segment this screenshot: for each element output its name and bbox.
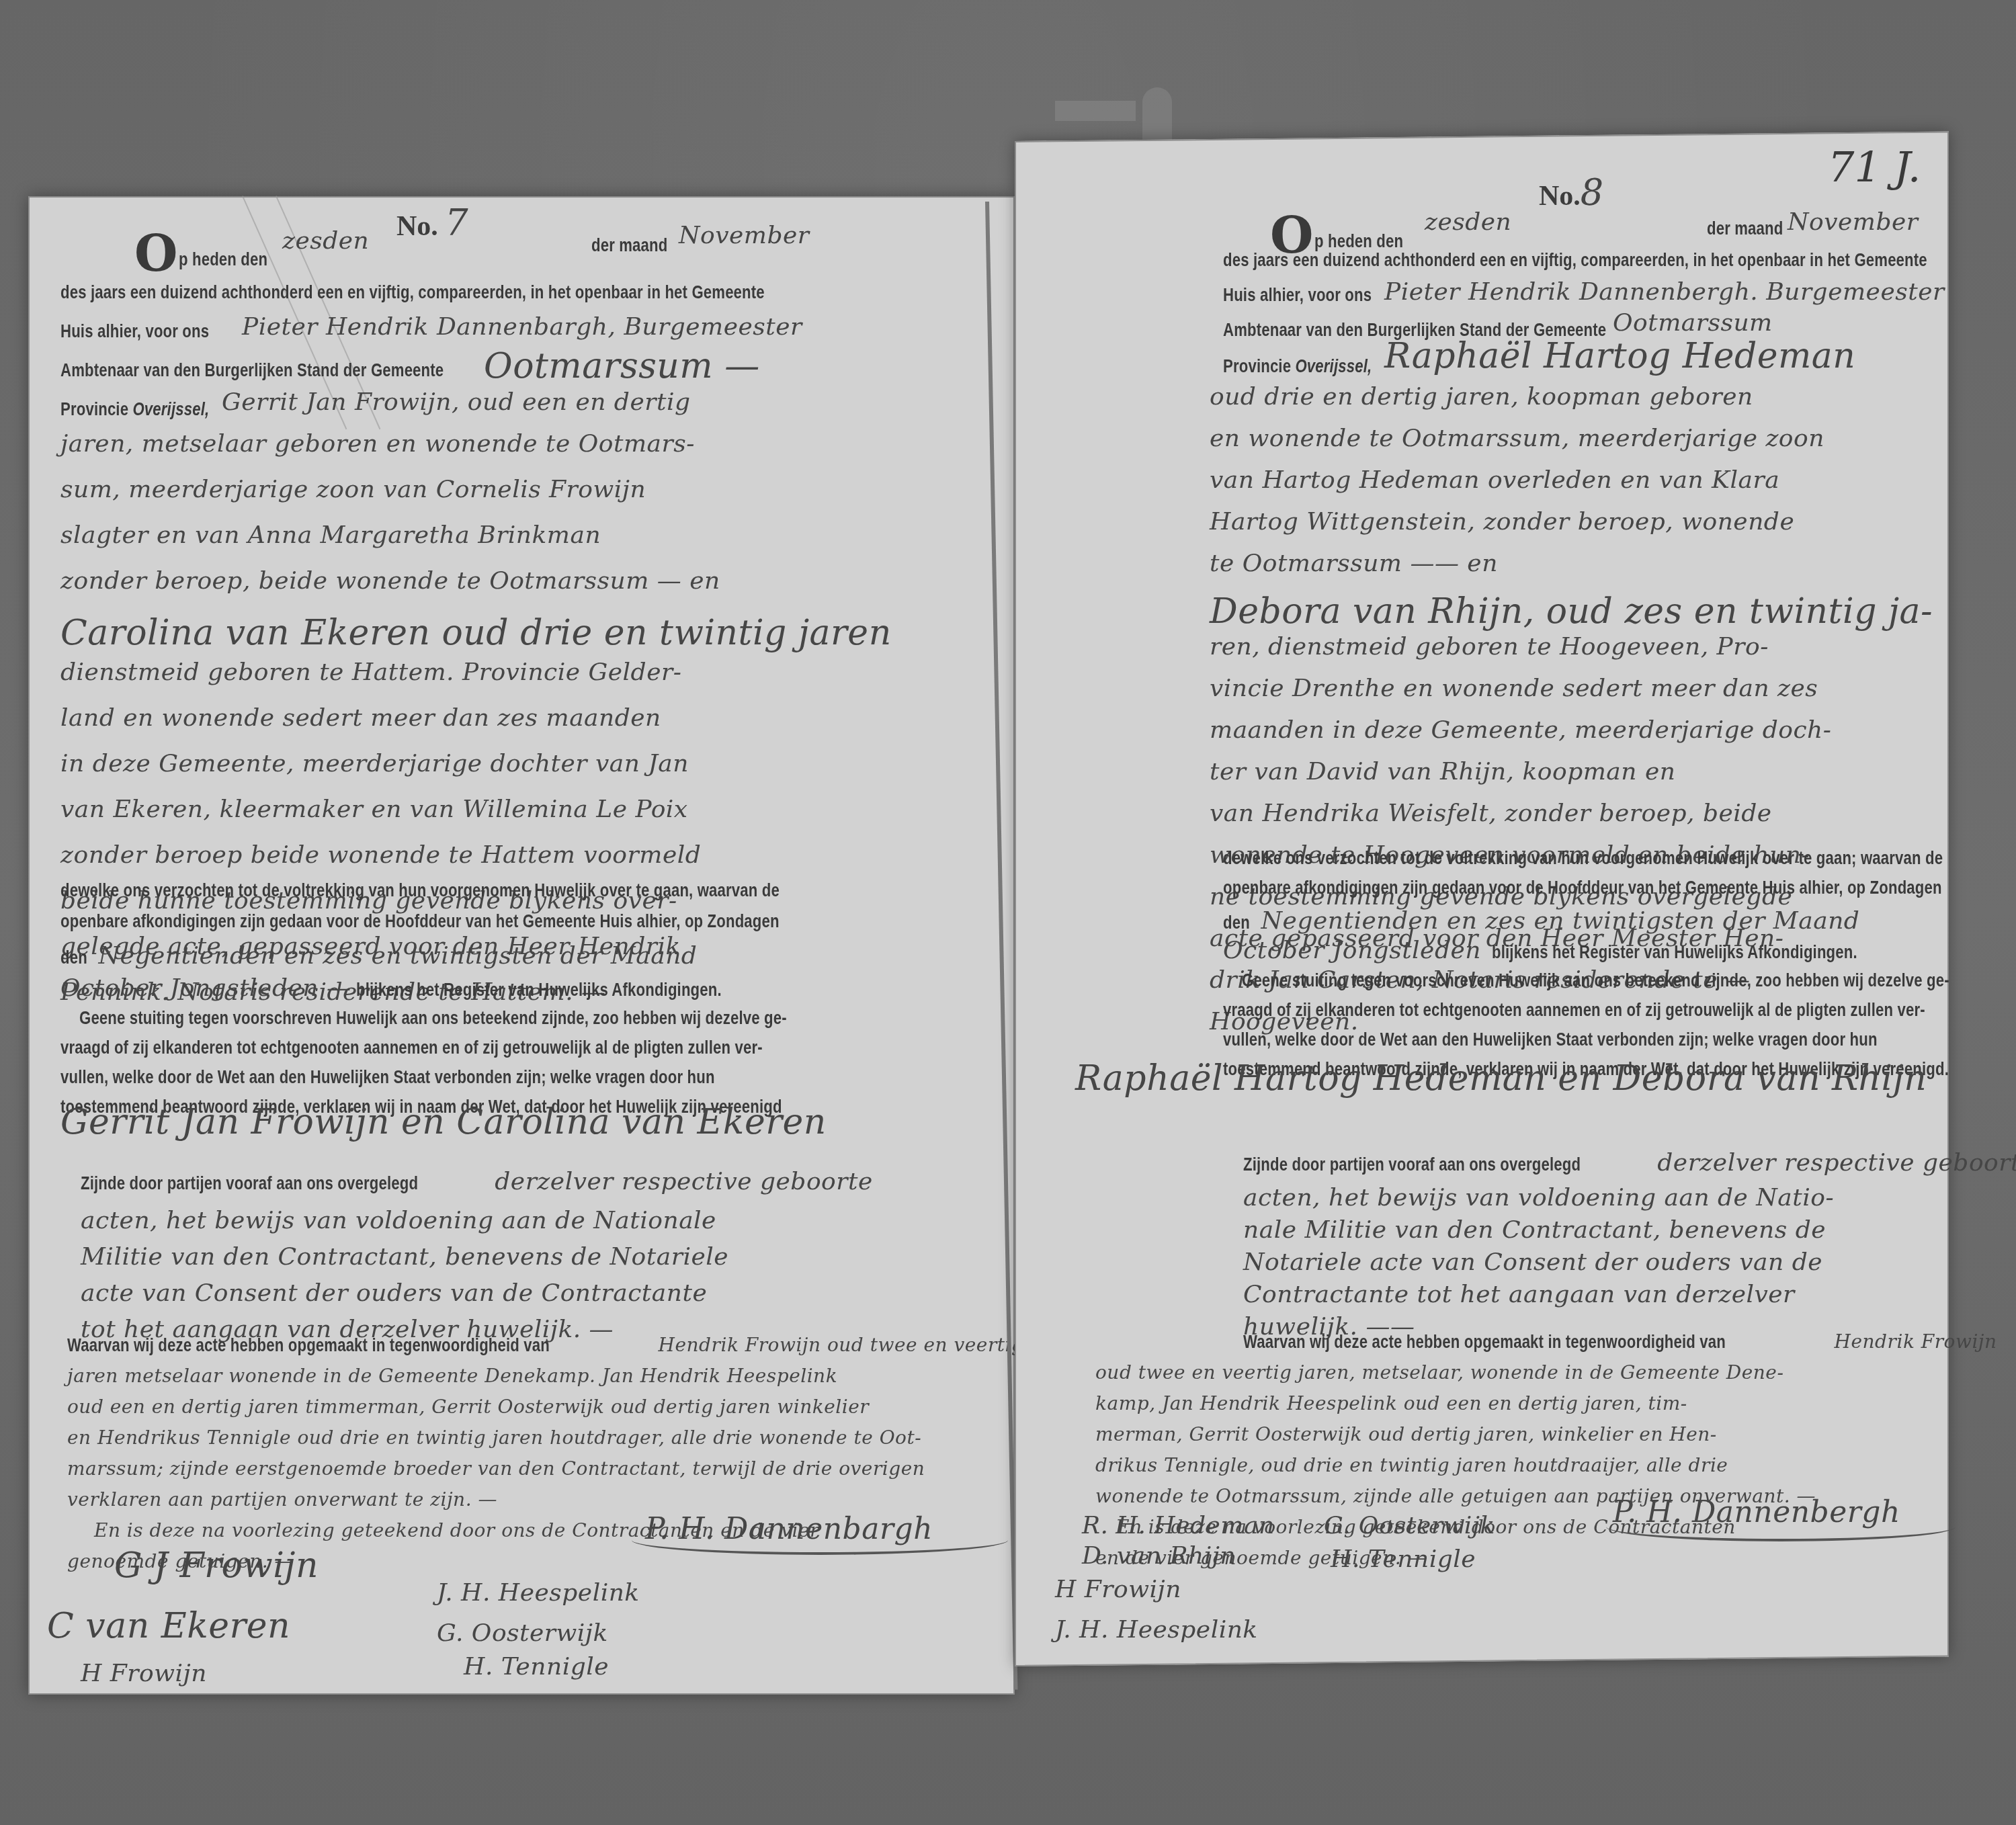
proclamation-month: October Jongstleden —: [60, 974, 351, 1002]
signature-groom: G J Frowijn: [114, 1545, 319, 1586]
print-line-2: des jaars een duizend achthonderd een en…: [1223, 250, 2016, 271]
print-text: blijkens het Register van Huwelijks Afko…: [356, 980, 722, 1001]
clip-band: [1055, 101, 1136, 121]
body-line: Notariele acte van Consent der ouders va…: [1243, 1248, 2016, 1281]
opening-print: p heden den: [1314, 231, 1403, 252]
body-line: acte van Consent der ouders van de Contr…: [81, 1279, 873, 1316]
witness-lead: Hendrik Frowijn: [1835, 1330, 1997, 1353]
proclamation-dates: Negentienden en zes en twintigsten der M…: [1261, 907, 1860, 935]
signature-witness-3: G. Oosterwijk: [1324, 1512, 1495, 1539]
print-text: Huis alhier, voor ons: [60, 321, 209, 342]
der-maand-text: der maand: [1707, 218, 1783, 239]
left-documents: Zijnde door partijen vooraf aan ons over…: [81, 1168, 873, 1352]
groom-intro: Gerrit Jan Frowijn, oud een en dertig: [222, 388, 690, 416]
print-line-3: Huis alhier, voor ons: [1223, 285, 1404, 306]
print-line-4: Ambtenaar van den Burgerlijken Stand der…: [60, 360, 528, 381]
body-line: van Hendrika Weisfelt, zonder beroep, be…: [1210, 800, 1933, 841]
body-line: acten, het bewijs van voldoening aan de …: [1243, 1184, 2016, 1216]
print-line-2: des jaars een duizend achthonderd een en…: [60, 282, 919, 303]
body-line: jaren metselaar wonende in de Gemeente D…: [67, 1365, 1023, 1396]
body-line: te Ootmarssum —— en: [1210, 550, 1933, 591]
print-line-5: Provincie Overijssel,: [1223, 356, 1404, 377]
print-text: des jaars een duizend achthonderd een en…: [60, 282, 765, 303]
body-line: in deze Gemeente, meerderjarige dochter …: [60, 750, 892, 796]
print-text: Zijnde door partijen vooraf aan ons over…: [1243, 1154, 1581, 1175]
province-label: Provincie Overijssel,: [1223, 356, 1372, 377]
print-text: openbare afkondigingen zijn gedaan voor …: [60, 911, 780, 932]
print-text: openbare afkondigingen zijn gedaan voor …: [1223, 878, 1942, 898]
body-line: oud drie en dertig jaren, koopman gebore…: [1210, 383, 1933, 425]
print-text: Waarvan wij deze acte hebben opgemaakt i…: [67, 1335, 550, 1356]
body-line: vincie Drenthe en wonende sedert meer da…: [1210, 675, 1933, 716]
proclamation-dates: Negentienden en zes en twintigsten der M…: [99, 942, 698, 970]
print-text: Huis alhier, voor ons: [1223, 285, 1372, 306]
record-number-value: 7: [445, 202, 468, 244]
body-line: van Hartog Hedeman overleden en van Klar…: [1210, 466, 1933, 508]
der-maand-label: der maand: [1707, 218, 1800, 239]
proclamation-month: October Jongstleden: [1223, 937, 1481, 964]
documents-hand: derzelver respective geboorte: [495, 1168, 872, 1195]
record-number-label: No.: [396, 211, 438, 242]
couple-names: Raphaël Hartog Hedeman en Debora van Rhi…: [1075, 1058, 1927, 1099]
print-line-3: Huis alhier, voor ons: [60, 321, 242, 342]
body-line: Debora van Rhijn, oud zes en twintig ja-: [1210, 591, 1933, 633]
signature-groom: R. H. Hedeman: [1082, 1512, 1275, 1539]
body-line: merman, Gerrit Oosterwijk oud dertig jar…: [1095, 1423, 1997, 1454]
signature-witness-2: J. H. Heespelink: [1055, 1616, 1258, 1644]
month-value: November: [679, 222, 810, 249]
body-line: ter van David van Rhijn, koopman en: [1210, 758, 1933, 800]
print-text: Geene stuiting tegen voorschreven Huweli…: [79, 1008, 787, 1029]
signature-witness-4: H. Tennigle: [464, 1653, 609, 1681]
body-line: jaren, metselaar geboren en wonende te O…: [60, 430, 892, 476]
right-documents: Zijnde door partijen vooraf aan ons over…: [1243, 1149, 2016, 1345]
print-text: dewelke ons verzochten tot de voltrekkin…: [1223, 848, 1943, 869]
signature-witness-3: G. Oosterwijk: [437, 1619, 608, 1647]
body-line: slagter en van Anna Margaretha Brinkman: [60, 521, 892, 567]
print-text: vraagd of zij elkanderen tot echtgenoote…: [1223, 1000, 1925, 1021]
documents-hand: derzelver respective geboorte: [1657, 1149, 2016, 1177]
body-line: Carolina van Ekeren oud drie en twintig …: [60, 613, 892, 659]
signature-flourish: [1606, 1512, 1956, 1541]
folio-number: 71 J.: [1828, 142, 1921, 192]
signature-bride: C van Ekeren: [47, 1606, 290, 1646]
signature-witness-1: H Frowijn: [1055, 1576, 1181, 1603]
body-line: nale Militie van den Contractant, beneve…: [1243, 1216, 2016, 1248]
body-line: oud twee en veertig jaren, metselaar, wo…: [1095, 1361, 1997, 1392]
right-witnesses: Waarvan wij deze acte hebben opgemaakt i…: [1095, 1330, 1997, 1578]
province-name: Overijssel,: [132, 399, 209, 419]
body-line: land en wonende sedert meer dan zes maan…: [60, 704, 892, 750]
signature-witness-1: H Frowijn: [81, 1660, 207, 1687]
province-name: Overijssel,: [1295, 356, 1372, 376]
print-text: Geene stuiting tegen voorschreven Huweli…: [1242, 970, 1949, 991]
signature-bride: D. van Rhijn: [1082, 1542, 1236, 1570]
body-line: acten, het bewijs van voldoening aan de …: [81, 1207, 873, 1243]
der-maand-label: der maand: [591, 235, 684, 256]
official-name: Pieter Hendrik Dannenbergh. Burgemeester: [1384, 278, 1945, 306]
drop-cap: O: [134, 225, 177, 283]
print-text: des jaars een duizend achthonderd een en…: [1223, 250, 1927, 271]
opening-line-left: Op heden den: [134, 225, 288, 283]
body-line: Hartog Wittgenstein, zonder beroep, wone…: [1210, 508, 1933, 550]
couple-names: Gerrit Jan Frowijn en Carolina van Ekere…: [60, 1102, 827, 1142]
body-line: dienstmeid geboren te Hattem. Provincie …: [60, 659, 892, 704]
body-line: van Ekeren, kleermaker en van Willemina …: [60, 796, 892, 841]
body-line: en Hendrikus Tennigle oud drie en twinti…: [67, 1427, 1023, 1457]
print-text: Provincie: [1223, 356, 1291, 376]
print-text: vullen, welke door de Wet aan den Huweli…: [1223, 1029, 1878, 1050]
print-text: Waarvan wij deze acte hebben opgemaakt i…: [1243, 1332, 1726, 1353]
right-proclamation: dewelke ons verzochten tot de voltrekkin…: [1223, 848, 2016, 1089]
signature-witness-4: H. Tennigle: [1331, 1545, 1476, 1573]
body-line: sum, meerderjarige zoon van Cornelis Fro…: [60, 476, 892, 521]
body-line: maanden in deze Gemeente, meerderjarige …: [1210, 716, 1933, 758]
day-value: zesden: [282, 227, 369, 255]
print-text: Ambtenaar van den Burgerlijken Stand der…: [60, 360, 444, 381]
municipality-name: Ootmarssum: [1613, 309, 1773, 337]
print-text: vraagd of zij elkanderen tot echtgenoote…: [60, 1037, 763, 1058]
record-number-left: No. 7: [396, 202, 468, 244]
groom-intro: Raphaël Hartog Hedeman: [1384, 336, 1855, 376]
body-line: oud een en dertig jaren timmerman, Gerri…: [67, 1396, 1023, 1427]
day-value: zesden: [1425, 208, 1511, 236]
left-proclamation: dewelke ons verzochten tot de voltrekkin…: [60, 880, 942, 1126]
municipality-name: Ootmarssum —: [484, 346, 760, 386]
record-number-value: 8: [1581, 171, 1604, 214]
month-value: November: [1788, 208, 1919, 236]
body-line: Contractante tot het aangaan van derzelv…: [1243, 1281, 2016, 1313]
record-number-label: No.: [1539, 181, 1581, 212]
body-line: drikus Tennigle, oud drie en twintig jar…: [1095, 1454, 1997, 1485]
signature-flourish: [632, 1525, 1008, 1555]
print-text: den: [1223, 913, 1250, 933]
print-text: Zijnde door partijen vooraf aan ons over…: [81, 1173, 418, 1194]
print-line-5: Provincie Overijssel,: [60, 399, 242, 420]
official-name: Pieter Hendrik Dannenbargh, Burgemeester: [242, 313, 802, 341]
record-number-right: No.8: [1539, 171, 1604, 214]
der-maand-text: der maand: [591, 235, 667, 256]
signature-witness-2: J. H. Heespelink: [437, 1579, 640, 1607]
print-text: Provincie: [60, 399, 128, 419]
print-text: vullen, welke door de Wet aan den Huweli…: [60, 1067, 715, 1088]
witness-lead: Hendrik Frowijn oud twee en veertig: [659, 1334, 1024, 1356]
body-line: en wonende te Ootmarssum, meerderjarige …: [1210, 425, 1933, 466]
body-line: zonder beroep, beide wonende te Ootmarss…: [60, 567, 892, 613]
body-line: marssum; zijnde eerstgenoemde broeder va…: [67, 1457, 1023, 1488]
print-text: den: [60, 947, 87, 968]
province-label: Provincie Overijssel,: [60, 399, 209, 420]
print-text: blijkens het Register van Huwelijks Afko…: [1492, 942, 1857, 963]
body-line: Militie van den Contractant, benevens de…: [81, 1243, 873, 1279]
print-text: dewelke ons verzochten tot de voltrekkin…: [60, 880, 780, 901]
body-line: ren, dienstmeid geboren te Hoogeveen, Pr…: [1210, 633, 1933, 675]
opening-print: p heden den: [179, 249, 267, 270]
body-line: kamp, Jan Hendrik Heespelink oud een en …: [1095, 1392, 1997, 1423]
